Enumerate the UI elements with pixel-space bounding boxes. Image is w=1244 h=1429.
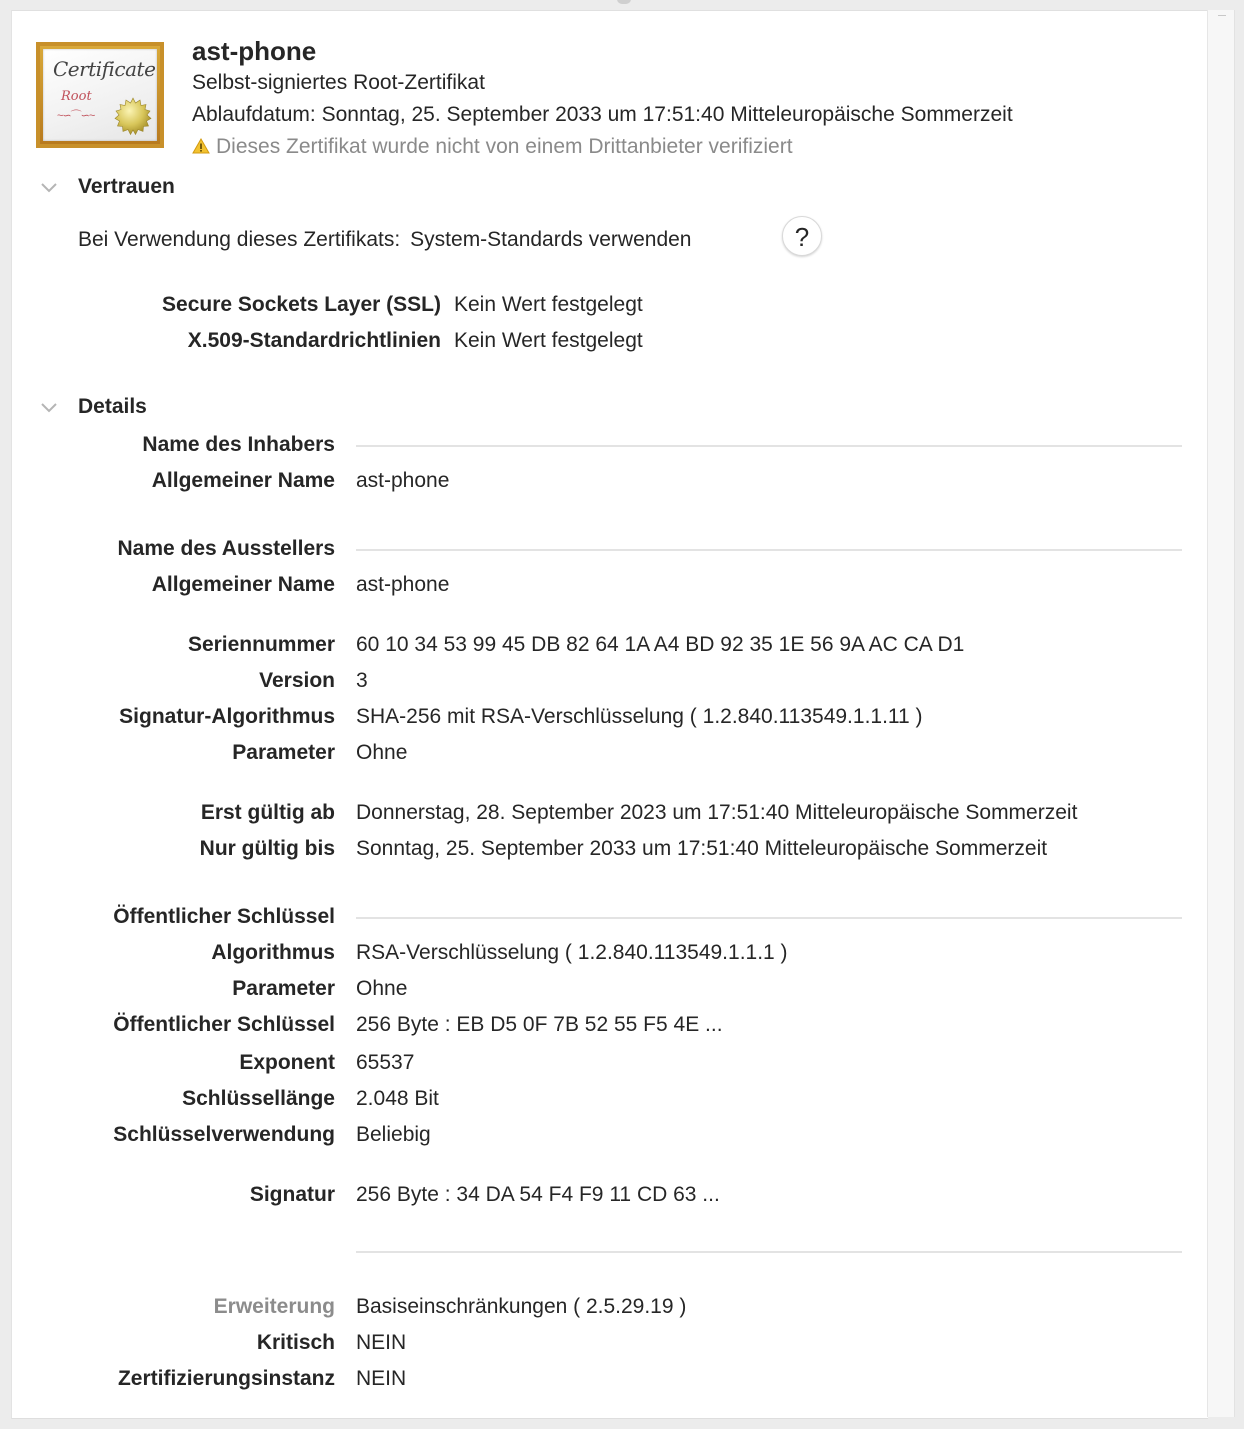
trust-x509-select[interactable]: Kein Wert festgelegt [454,329,643,353]
signature-value: 256 Byte : 34 DA 54 F4 F9 11 CD 63 ... [356,1183,720,1207]
pk-value: 256 Byte : EB D5 0F 7B 52 55 F5 4E ... [356,1013,723,1037]
pk-params-value: Ohne [356,977,407,1001]
ca-label: Zertifizierungsinstanz [118,1367,335,1391]
detail-row: Öffentlicher Schlüssel 256 Byte : EB D5 … [0,1013,1180,1041]
expiry-date: Ablaufdatum: Sonntag, 25. September 2033… [192,103,1013,127]
issuer-cn-label: Allgemeiner Name [152,573,335,597]
divider [356,549,1182,551]
not-after-label: Nur gültig bis [200,837,335,861]
vertical-scrollbar[interactable] [1207,10,1235,1417]
signature-label: Signatur [250,1183,335,1207]
warning-text: Dieses Zertifikat wurde nicht von einem … [216,135,793,158]
pk-alg-value: RSA-Verschlüsselung ( 1.2.840.113549.1.1… [356,941,788,965]
detail-row: Kritisch NEIN [0,1331,1180,1359]
detail-row: Exponent 65537 [0,1051,1180,1079]
when-using-label: Bei Verwendung dieses Zertifikats: [78,228,400,251]
help-button[interactable]: ? [782,216,822,256]
certificate-icon-script: Certificate [53,57,155,81]
seal-icon [113,97,153,137]
detail-row: Signatur 256 Byte : 34 DA 54 F4 F9 11 CD… [0,1183,1180,1211]
sigalg-value: SHA-256 mit RSA-Verschlüsselung ( 1.2.84… [356,705,923,729]
chevron-down-icon[interactable] [38,396,60,418]
sigalg-label: Signatur-Algorithmus [119,705,335,729]
subject-cn-label: Allgemeiner Name [152,469,335,493]
params-value: Ohne [356,741,407,765]
keyusage-label: Schlüsselverwendung [113,1123,335,1147]
trust-heading: Vertrauen [78,175,175,199]
detail-row: Parameter Ohne [0,977,1180,1005]
detail-row: Allgemeiner Name ast-phone [0,469,1180,497]
details-section-toggle[interactable]: Details [38,395,147,419]
certificate-type: Selbst-signiertes Root-Zertifikat [192,71,485,95]
pk-params-label: Parameter [232,977,335,1001]
window-resize-notch [617,0,631,4]
exponent-value: 65537 [356,1051,414,1075]
detail-row: Zertifizierungsinstanz NEIN [0,1367,1180,1395]
ca-value: NEIN [356,1367,406,1391]
detail-row: Schlüsselverwendung Beliebig [0,1123,1180,1151]
divider [356,1251,1182,1253]
trust-ssl-select[interactable]: Kein Wert festgelegt [454,293,643,317]
certificate-root-icon: Certificate Root ~∽⌒∽~ [36,42,164,148]
detail-row: Signatur-Algorithmus SHA-256 mit RSA-Ver… [0,705,1180,733]
pk-label: Öffentlicher Schlüssel [113,1013,335,1037]
issuer-cn-value: ast-phone [356,573,449,597]
issuer-heading: Name des Ausstellers [118,537,336,561]
details-heading: Details [78,395,147,419]
detail-row: Seriennummer 60 10 34 53 99 45 DB 82 64 … [0,633,1180,661]
not-before-label: Erst gültig ab [201,801,335,825]
critical-value: NEIN [356,1331,406,1355]
subject-heading-row: Name des Inhabers [0,433,1180,461]
certificate-title: ast-phone [192,36,316,67]
detail-row: Version 3 [0,669,1180,697]
subject-heading: Name des Inhabers [142,433,335,457]
warning-triangle-icon [192,138,210,154]
exponent-label: Exponent [239,1051,335,1075]
detail-row: Parameter Ohne [0,741,1180,769]
keysize-value: 2.048 Bit [356,1087,439,1111]
detail-row: Erweiterung Basiseinschränkungen ( 2.5.2… [0,1295,1180,1323]
trust-ssl-label: Secure Sockets Layer (SSL) [162,293,441,317]
trust-section-toggle[interactable]: Vertrauen [38,175,175,199]
pk-alg-label: Algorithmus [211,941,335,965]
not-before-value: Donnerstag, 28. September 2023 um 17:51:… [356,801,1077,825]
detail-row: Algorithmus RSA-Verschlüsselung ( 1.2.84… [0,941,1180,969]
extension-value: Basiseinschränkungen ( 2.5.29.19 ) [356,1295,686,1319]
pubkey-heading: Öffentlicher Schlüssel [113,905,335,929]
not-after-value: Sonntag, 25. September 2033 um 17:51:40 … [356,837,1047,861]
keyusage-value: Beliebig [356,1123,431,1147]
detail-row: Schlüssellänge 2.048 Bit [0,1087,1180,1115]
divider [356,917,1182,919]
trust-row-x509: X.509-Standardrichtlinien Kein Wert fest… [0,329,1180,357]
certificate-icon-root-script: Root [61,89,92,104]
detail-row: Erst gültig ab Donnerstag, 28. September… [0,801,1180,829]
version-label: Version [259,669,335,693]
version-value: 3 [356,669,368,693]
pubkey-heading-row: Öffentlicher Schlüssel [0,905,1180,933]
extension-label: Erweiterung [214,1295,335,1319]
divider [356,445,1182,447]
trust-when-using: Bei Verwendung dieses Zertifikats:System… [78,228,691,252]
critical-label: Kritisch [257,1331,335,1355]
chevron-down-icon[interactable] [38,176,60,198]
trust-row-ssl: Secure Sockets Layer (SSL) Kein Wert fes… [0,293,1180,321]
trust-x509-label: X.509-Standardrichtlinien [188,329,441,353]
params-label: Parameter [232,741,335,765]
keysize-label: Schlüssellänge [182,1087,335,1111]
scrollbar-thumb[interactable] [1218,15,1226,16]
issuer-heading-row: Name des Ausstellers [0,537,1180,565]
detail-row: Allgemeiner Name ast-phone [0,573,1180,601]
serial-label: Seriennummer [188,633,335,657]
subject-cn-value: ast-phone [356,469,449,493]
verification-warning: Dieses Zertifikat wurde nicht von einem … [192,135,793,159]
serial-value: 60 10 34 53 99 45 DB 82 64 1A A4 BD 92 3… [356,633,964,657]
detail-row: Nur gültig bis Sonntag, 25. September 20… [0,837,1180,865]
flourish-icon: ~∽⌒∽~ [57,107,94,123]
trust-policy-select[interactable]: System-Standards verwenden [410,228,691,251]
